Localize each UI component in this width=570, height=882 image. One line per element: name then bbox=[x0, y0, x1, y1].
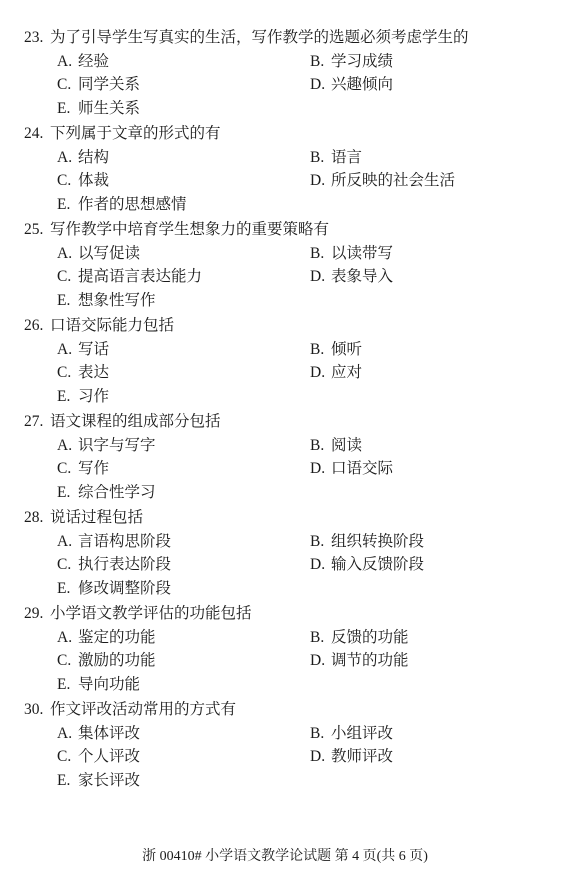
question-stem: 小学语文教学评估的功能包括 bbox=[50, 602, 252, 626]
option-text: 个人评改 bbox=[78, 745, 140, 769]
option-text: 经验 bbox=[78, 50, 109, 74]
option-label: C. bbox=[57, 745, 78, 769]
option-text: 同学关系 bbox=[78, 73, 140, 97]
option-b: B. 学习成绩 bbox=[310, 50, 393, 74]
option-label: B. bbox=[310, 242, 331, 266]
option-a: A. 以写促读 bbox=[57, 242, 310, 266]
option-text: 综合性学习 bbox=[78, 481, 156, 505]
option-text: 口语交际 bbox=[331, 457, 393, 481]
option-c: C. 执行表达阶段 bbox=[57, 553, 310, 577]
option-e: E. 作者的思想感情 bbox=[57, 193, 310, 217]
option-a: A. 集体评改 bbox=[57, 722, 310, 746]
question-26: 26. 口语交际能力包括 A. 写话 B. 倾听 C. 表达 D. 应对 bbox=[0, 314, 570, 408]
question-number: 26. bbox=[24, 314, 50, 338]
question-stem: 写作教学中培育学生想象力的重要策略有 bbox=[50, 218, 329, 242]
option-d: D. 所反映的社会生活 bbox=[310, 169, 455, 193]
option-d: D. 调节的功能 bbox=[310, 649, 409, 673]
option-text: 导向功能 bbox=[78, 673, 140, 697]
option-b: B. 倾听 bbox=[310, 338, 362, 362]
question-stem: 为了引导学生写真实的生活，写作教学的选题必须考虑学生的 bbox=[50, 26, 469, 50]
option-text: 写作 bbox=[78, 457, 109, 481]
option-text: 组织转换阶段 bbox=[331, 530, 424, 554]
question-number: 29. bbox=[24, 602, 50, 626]
option-label: B. bbox=[310, 146, 331, 170]
question-24: 24. 下列属于文章的形式的有 A. 结构 B. 语言 C. 体裁 D. 所反映… bbox=[0, 122, 570, 216]
option-text: 集体评改 bbox=[78, 722, 140, 746]
option-d: D. 口语交际 bbox=[310, 457, 393, 481]
option-label: D. bbox=[310, 745, 331, 769]
options-row: A. 经验 B. 学习成绩 bbox=[0, 50, 570, 74]
option-text: 以写促读 bbox=[78, 242, 140, 266]
option-text: 执行表达阶段 bbox=[78, 553, 171, 577]
option-e: E. 综合性学习 bbox=[57, 481, 310, 505]
question-number: 28. bbox=[24, 506, 50, 530]
options-row: C. 写作 D. 口语交际 bbox=[0, 457, 570, 481]
option-a: A. 言语构思阶段 bbox=[57, 530, 310, 554]
options-row: C. 提高语言表达能力 D. 表象导入 bbox=[0, 265, 570, 289]
page-footer: 浙 00410# 小学语文教学论试题 第 4 页(共 6 页) bbox=[0, 847, 570, 867]
options-row: E. 修改调整阶段 bbox=[0, 577, 570, 601]
option-b: B. 组织转换阶段 bbox=[310, 530, 424, 554]
option-label: E. bbox=[57, 193, 78, 217]
option-label: A. bbox=[57, 50, 78, 74]
option-text: 反馈的功能 bbox=[331, 626, 409, 650]
option-label: B. bbox=[310, 530, 331, 554]
option-d: D. 表象导入 bbox=[310, 265, 393, 289]
options-row: E. 综合性学习 bbox=[0, 481, 570, 505]
option-text: 应对 bbox=[331, 361, 362, 385]
question-stem-row: 29. 小学语文教学评估的功能包括 bbox=[0, 602, 570, 626]
option-text: 阅读 bbox=[331, 434, 362, 458]
option-label: D. bbox=[310, 73, 331, 97]
option-b: B. 小组评改 bbox=[310, 722, 393, 746]
option-b: B. 阅读 bbox=[310, 434, 362, 458]
options-row: A. 以写促读 B. 以读带写 bbox=[0, 242, 570, 266]
option-d: D. 兴趣倾向 bbox=[310, 73, 393, 97]
options-row: A. 言语构思阶段 B. 组织转换阶段 bbox=[0, 530, 570, 554]
option-label: D. bbox=[310, 361, 331, 385]
option-a: A. 鉴定的功能 bbox=[57, 626, 310, 650]
option-label: C. bbox=[57, 457, 78, 481]
option-c: C. 激励的功能 bbox=[57, 649, 310, 673]
option-text: 识字与写字 bbox=[78, 434, 156, 458]
question-28: 28. 说话过程包括 A. 言语构思阶段 B. 组织转换阶段 C. 执行表达阶段… bbox=[0, 506, 570, 600]
option-c: C. 提高语言表达能力 bbox=[57, 265, 310, 289]
option-label: D. bbox=[310, 265, 331, 289]
question-30: 30. 作文评改活动常用的方式有 A. 集体评改 B. 小组评改 C. 个人评改… bbox=[0, 698, 570, 792]
option-text: 提高语言表达能力 bbox=[78, 265, 202, 289]
options-row: C. 执行表达阶段 D. 输入反馈阶段 bbox=[0, 553, 570, 577]
option-label: C. bbox=[57, 169, 78, 193]
option-text: 写话 bbox=[78, 338, 109, 362]
question-number: 30. bbox=[24, 698, 50, 722]
question-stem: 口语交际能力包括 bbox=[50, 314, 174, 338]
option-text: 调节的功能 bbox=[331, 649, 409, 673]
option-a: A. 经验 bbox=[57, 50, 310, 74]
option-e: E. 导向功能 bbox=[57, 673, 310, 697]
options-row: C. 激励的功能 D. 调节的功能 bbox=[0, 649, 570, 673]
option-label: E. bbox=[57, 577, 78, 601]
question-stem: 下列属于文章的形式的有 bbox=[50, 122, 221, 146]
question-stem-row: 28. 说话过程包括 bbox=[0, 506, 570, 530]
option-text: 以读带写 bbox=[331, 242, 393, 266]
options-row: C. 同学关系 D. 兴趣倾向 bbox=[0, 73, 570, 97]
option-label: C. bbox=[57, 265, 78, 289]
option-text: 作者的思想感情 bbox=[78, 193, 187, 217]
option-text: 结构 bbox=[78, 146, 109, 170]
option-b: B. 反馈的功能 bbox=[310, 626, 409, 650]
option-label: C. bbox=[57, 649, 78, 673]
option-text: 兴趣倾向 bbox=[331, 73, 393, 97]
question-stem-row: 24. 下列属于文章的形式的有 bbox=[0, 122, 570, 146]
option-a: A. 结构 bbox=[57, 146, 310, 170]
question-stem-row: 23. 为了引导学生写真实的生活，写作教学的选题必须考虑学生的 bbox=[0, 26, 570, 50]
option-e: E. 习作 bbox=[57, 385, 310, 409]
option-label: D. bbox=[310, 553, 331, 577]
option-text: 所反映的社会生活 bbox=[331, 169, 455, 193]
option-label: E. bbox=[57, 673, 78, 697]
option-text: 修改调整阶段 bbox=[78, 577, 171, 601]
option-text: 教师评改 bbox=[331, 745, 393, 769]
option-label: E. bbox=[57, 385, 78, 409]
option-label: E. bbox=[57, 481, 78, 505]
option-label: E. bbox=[57, 769, 78, 793]
options-row: A. 鉴定的功能 B. 反馈的功能 bbox=[0, 626, 570, 650]
option-label: A. bbox=[57, 626, 78, 650]
question-number: 24. bbox=[24, 122, 50, 146]
option-label: D. bbox=[310, 457, 331, 481]
option-label: A. bbox=[57, 338, 78, 362]
option-text: 激励的功能 bbox=[78, 649, 156, 673]
question-29: 29. 小学语文教学评估的功能包括 A. 鉴定的功能 B. 反馈的功能 C. 激… bbox=[0, 602, 570, 696]
option-a: A. 识字与写字 bbox=[57, 434, 310, 458]
option-d: D. 应对 bbox=[310, 361, 362, 385]
option-label: B. bbox=[310, 626, 331, 650]
option-label: E. bbox=[57, 97, 78, 121]
option-d: D. 教师评改 bbox=[310, 745, 393, 769]
options-row: E. 师生关系 bbox=[0, 97, 570, 121]
option-text: 想象性写作 bbox=[78, 289, 156, 313]
options-row: E. 习作 bbox=[0, 385, 570, 409]
options-row: C. 个人评改 D. 教师评改 bbox=[0, 745, 570, 769]
option-e: E. 想象性写作 bbox=[57, 289, 310, 313]
options-row: C. 体裁 D. 所反映的社会生活 bbox=[0, 169, 570, 193]
question-stem: 作文评改活动常用的方式有 bbox=[50, 698, 236, 722]
option-d: D. 输入反馈阶段 bbox=[310, 553, 424, 577]
options-row: A. 结构 B. 语言 bbox=[0, 146, 570, 170]
question-stem-row: 25. 写作教学中培育学生想象力的重要策略有 bbox=[0, 218, 570, 242]
option-e: E. 家长评改 bbox=[57, 769, 310, 793]
option-text: 输入反馈阶段 bbox=[331, 553, 424, 577]
question-number: 25. bbox=[24, 218, 50, 242]
question-stem-row: 27. 语文课程的组成部分包括 bbox=[0, 410, 570, 434]
question-number: 23. bbox=[24, 26, 50, 50]
option-label: A. bbox=[57, 722, 78, 746]
option-label: A. bbox=[57, 434, 78, 458]
option-label: C. bbox=[57, 361, 78, 385]
option-text: 家长评改 bbox=[78, 769, 140, 793]
option-text: 师生关系 bbox=[78, 97, 140, 121]
option-label: D. bbox=[310, 649, 331, 673]
option-text: 倾听 bbox=[331, 338, 362, 362]
options-row: A. 集体评改 B. 小组评改 bbox=[0, 722, 570, 746]
option-text: 习作 bbox=[78, 385, 109, 409]
option-label: A. bbox=[57, 530, 78, 554]
option-text: 语言 bbox=[331, 146, 362, 170]
option-a: A. 写话 bbox=[57, 338, 310, 362]
option-e: E. 师生关系 bbox=[57, 97, 310, 121]
options-row: C. 表达 D. 应对 bbox=[0, 361, 570, 385]
question-stem-row: 26. 口语交际能力包括 bbox=[0, 314, 570, 338]
option-text: 表达 bbox=[78, 361, 109, 385]
option-b: B. 以读带写 bbox=[310, 242, 393, 266]
question-27: 27. 语文课程的组成部分包括 A. 识字与写字 B. 阅读 C. 写作 D. … bbox=[0, 410, 570, 504]
exam-page: 23. 为了引导学生写真实的生活，写作教学的选题必须考虑学生的 A. 经验 B.… bbox=[0, 0, 570, 792]
question-stem: 语文课程的组成部分包括 bbox=[50, 410, 221, 434]
option-label: A. bbox=[57, 242, 78, 266]
option-c: C. 写作 bbox=[57, 457, 310, 481]
options-row: E. 想象性写作 bbox=[0, 289, 570, 313]
option-label: C. bbox=[57, 73, 78, 97]
option-label: B. bbox=[310, 434, 331, 458]
options-row: E. 导向功能 bbox=[0, 673, 570, 697]
option-text: 表象导入 bbox=[331, 265, 393, 289]
option-label: E. bbox=[57, 289, 78, 313]
option-text: 小组评改 bbox=[331, 722, 393, 746]
question-25: 25. 写作教学中培育学生想象力的重要策略有 A. 以写促读 B. 以读带写 C… bbox=[0, 218, 570, 312]
question-23: 23. 为了引导学生写真实的生活，写作教学的选题必须考虑学生的 A. 经验 B.… bbox=[0, 26, 570, 120]
question-stem-row: 30. 作文评改活动常用的方式有 bbox=[0, 698, 570, 722]
option-b: B. 语言 bbox=[310, 146, 362, 170]
option-label: B. bbox=[310, 338, 331, 362]
option-c: C. 个人评改 bbox=[57, 745, 310, 769]
options-row: A. 写话 B. 倾听 bbox=[0, 338, 570, 362]
question-number: 27. bbox=[24, 410, 50, 434]
option-label: B. bbox=[310, 50, 331, 74]
question-stem: 说话过程包括 bbox=[50, 506, 143, 530]
options-row: E. 家长评改 bbox=[0, 769, 570, 793]
option-text: 体裁 bbox=[78, 169, 109, 193]
option-label: B. bbox=[310, 722, 331, 746]
option-c: C. 同学关系 bbox=[57, 73, 310, 97]
options-row: A. 识字与写字 B. 阅读 bbox=[0, 434, 570, 458]
option-c: C. 体裁 bbox=[57, 169, 310, 193]
option-label: A. bbox=[57, 146, 78, 170]
option-c: C. 表达 bbox=[57, 361, 310, 385]
option-text: 言语构思阶段 bbox=[78, 530, 171, 554]
option-text: 学习成绩 bbox=[331, 50, 393, 74]
option-label: D. bbox=[310, 169, 331, 193]
option-text: 鉴定的功能 bbox=[78, 626, 156, 650]
options-row: E. 作者的思想感情 bbox=[0, 193, 570, 217]
option-label: C. bbox=[57, 553, 78, 577]
option-e: E. 修改调整阶段 bbox=[57, 577, 310, 601]
